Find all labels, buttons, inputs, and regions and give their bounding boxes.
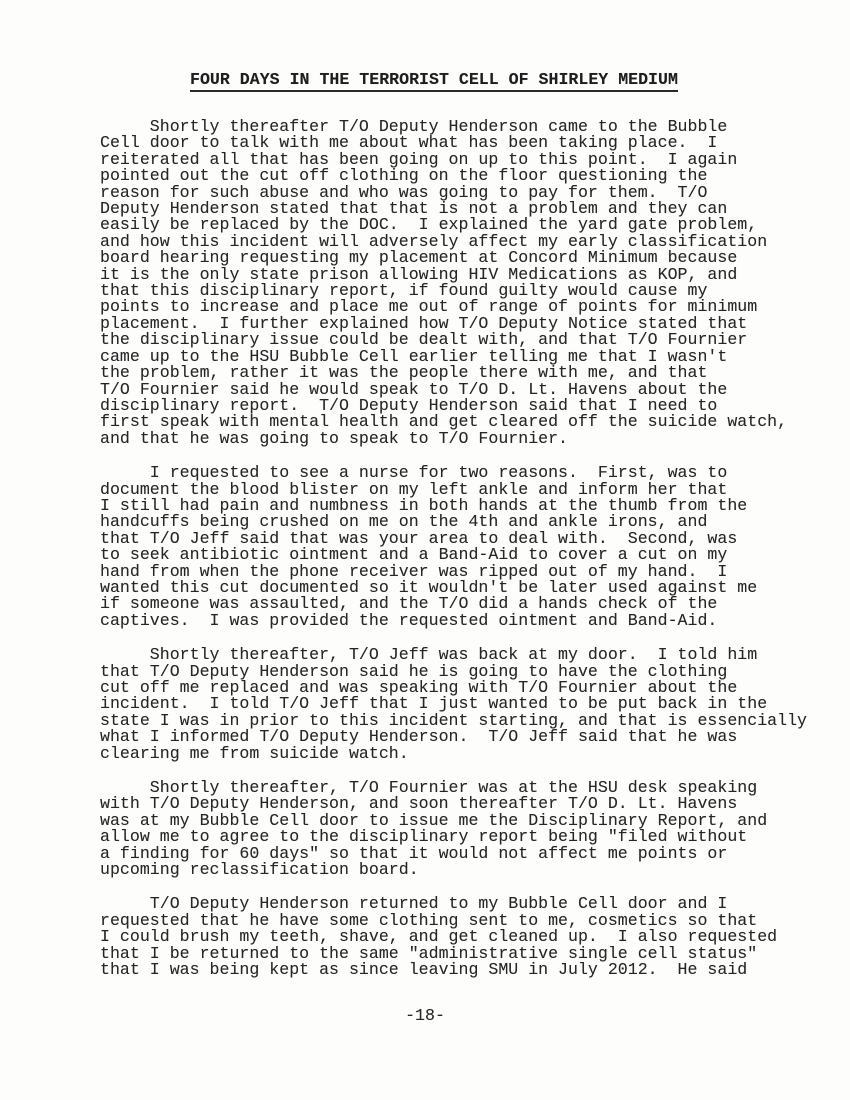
paragraph-1: Shortly thereafter T/O Deputy Henderson … <box>100 119 826 447</box>
scanned-document-page: FOUR DAYS IN THE TERRORIST CELL OF SHIRL… <box>0 0 850 1100</box>
paragraph-2: I requested to see a nurse for two reaso… <box>100 465 826 629</box>
document-body: Shortly thereafter T/O Deputy Henderson … <box>100 119 826 997</box>
paragraph-4: Shortly thereafter, T/O Fournier was at … <box>100 780 826 878</box>
document-title: FOUR DAYS IN THE TERRORIST CELL OF SHIRL… <box>190 71 678 92</box>
paragraph-3: Shortly thereafter, T/O Jeff was back at… <box>100 647 826 762</box>
paragraph-5: T/O Deputy Henderson returned to my Bubb… <box>100 896 826 978</box>
page-number: -18- <box>0 1008 850 1024</box>
